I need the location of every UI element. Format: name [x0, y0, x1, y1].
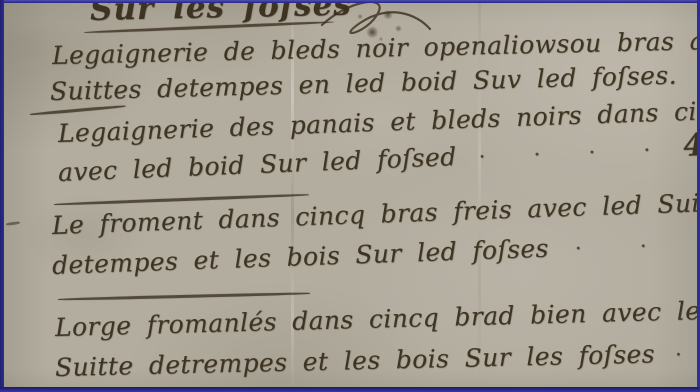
scan-border-top: [0, 0, 700, 3]
scan-border-bottom: [0, 387, 700, 392]
dot-leader: · · ·: [574, 231, 700, 262]
manuscript-page: Sur les foſses Legaignerie de bleds noir…: [0, 0, 700, 392]
entry-text: detempes et les bois Sur led foſses: [52, 234, 550, 280]
entry-text: avec led boid Sur led foſsed: [57, 142, 457, 187]
scan-border-left: [0, 0, 4, 392]
entry-text: Suitte detrempes et les bois Sur les foſ…: [55, 339, 656, 382]
separator-stroke: [58, 292, 310, 301]
margin-tick: [6, 221, 20, 226]
ink-stain: [352, 0, 410, 46]
dot-leader: · · · ·: [478, 138, 668, 171]
